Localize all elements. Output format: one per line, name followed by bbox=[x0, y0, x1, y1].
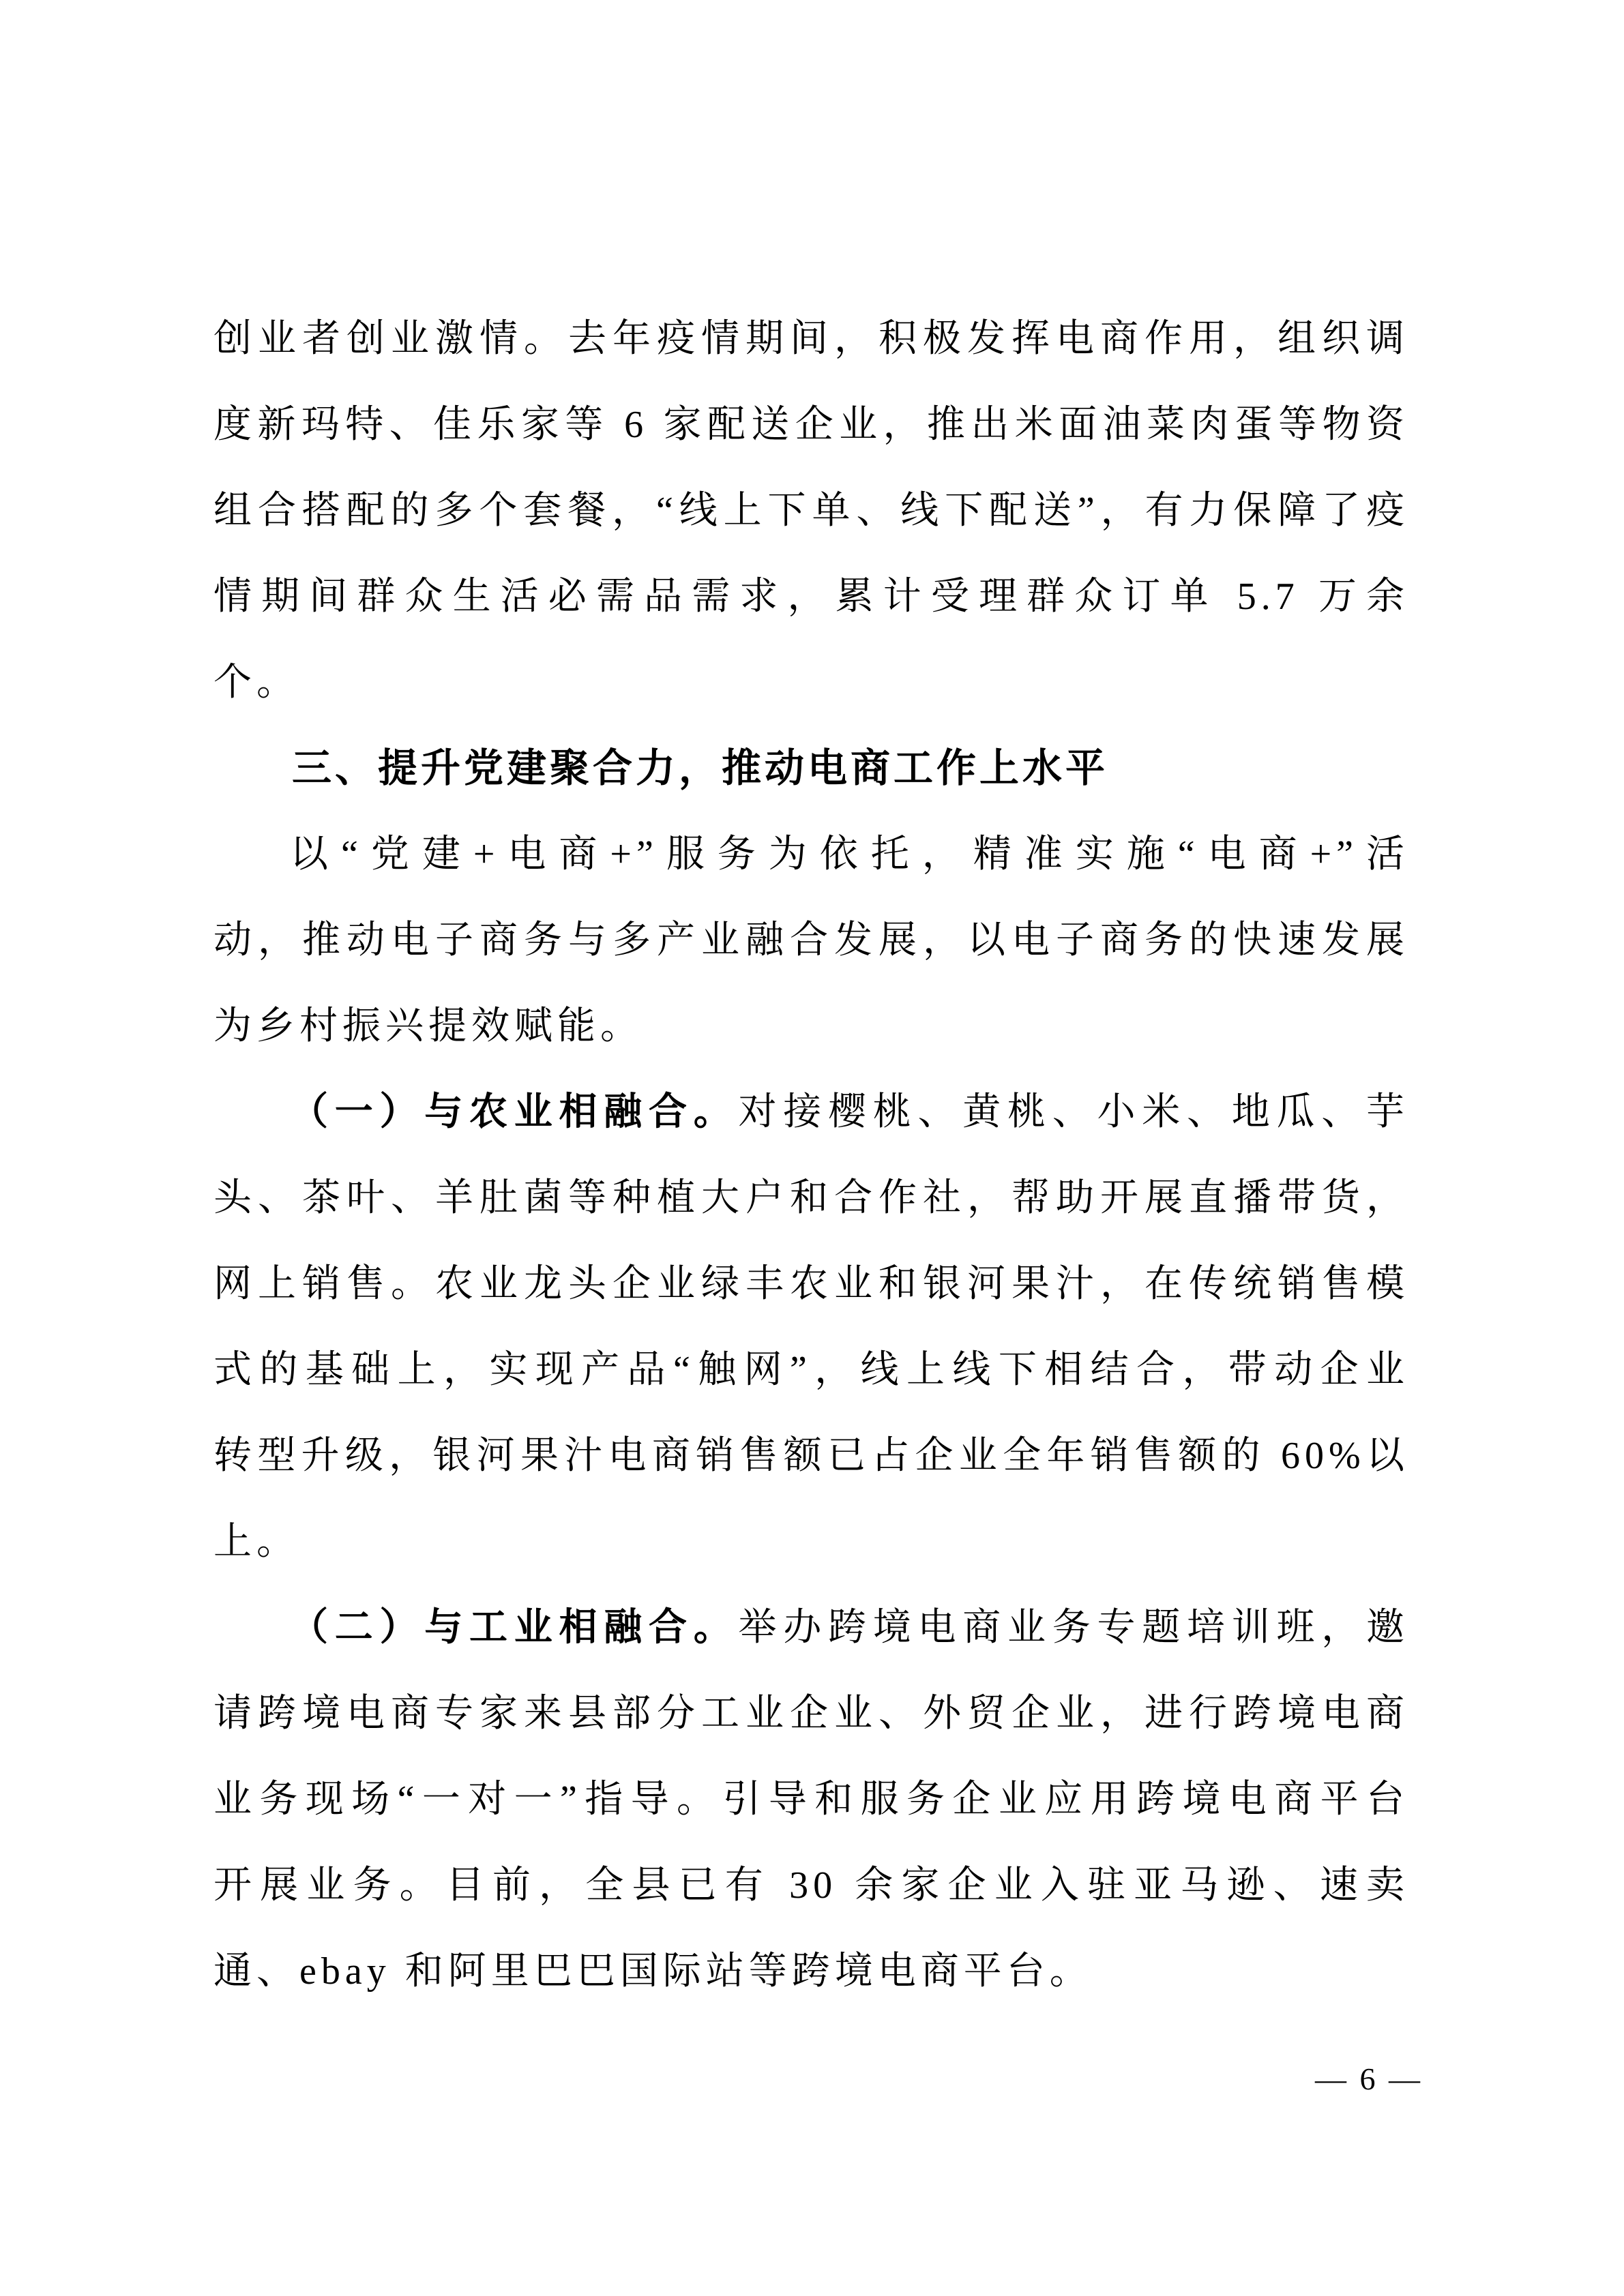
paragraph-continuation: 创业者创业激情。去年疫情期间，积极发挥电商作用，组织调 度新玛特、佳乐家等 6 … bbox=[213, 296, 1409, 726]
text-line: （一）与农业相融合。对接樱桃、黄桃、小米、地瓜、芋 bbox=[213, 1069, 1409, 1155]
text-line: 以“党建+电商+”服务为依托，精准实施“电商+”活 bbox=[213, 811, 1409, 897]
text-line: 头、茶叶、羊肚菌等种植大户和合作社，帮助开展直播带货， bbox=[213, 1155, 1409, 1241]
paragraph-lead: （一）与农业相融合。 bbox=[290, 1091, 739, 1133]
document-page: 创业者创业激情。去年疫情期间，积极发挥电商作用，组织调 度新玛特、佳乐家等 6 … bbox=[0, 0, 1624, 2296]
text-line: 个。 bbox=[213, 640, 1409, 726]
section-heading: 三、提升党建聚合力，推动电商工作上水平 bbox=[213, 726, 1409, 811]
text-line: 情期间群众生活必需品需求，累计受理群众订单 5.7 万余 bbox=[213, 554, 1409, 640]
text-line: 业务现场“一对一”指导。引导和服务企业应用跨境电商平台 bbox=[213, 1757, 1409, 1843]
text-line: 通、ebay 和阿里巴巴国际站等跨境电商平台。 bbox=[213, 1928, 1409, 2014]
text-line: （二）与工业相融合。举办跨境电商业务专题培训班，邀 bbox=[213, 1585, 1409, 1671]
text-line: 请跨境电商专家来县部分工业企业、外贸企业，进行跨境电商 bbox=[213, 1671, 1409, 1757]
lead-line-rest: 对接樱桃、黄桃、小米、地瓜、芋 bbox=[739, 1091, 1410, 1133]
text-line: 开展业务。目前，全县已有 30 余家企业入驻亚马逊、速卖 bbox=[213, 1843, 1409, 1928]
text-line: 度新玛特、佳乐家等 6 家配送企业，推出米面油菜肉蛋等物资 bbox=[213, 382, 1409, 468]
text-line: 动，推动电子商务与多产业融合发展，以电子商务的快速发展 bbox=[213, 897, 1409, 983]
paragraph-industry: （二）与工业相融合。举办跨境电商业务专题培训班，邀 请跨境电商专家来县部分工业企… bbox=[213, 1585, 1409, 2014]
text-line: 转型升级，银河果汁电商销售额已占企业全年销售额的 60%以 bbox=[213, 1413, 1409, 1499]
text-line: 网上销售。农业龙头企业绿丰农业和银河果汁，在传统销售模 bbox=[213, 1241, 1409, 1327]
text-line: 上。 bbox=[213, 1499, 1409, 1585]
text-block: 创业者创业激情。去年疫情期间，积极发挥电商作用，组织调 度新玛特、佳乐家等 6 … bbox=[213, 296, 1409, 2014]
text-line: 为乡村振兴提效赋能。 bbox=[213, 983, 1409, 1069]
text-line: 式的基础上，实现产品“触网”，线上线下相结合，带动企业 bbox=[213, 1327, 1409, 1413]
page-number: — 6 — bbox=[1315, 2061, 1423, 2097]
paragraph-intro: 以“党建+电商+”服务为依托，精准实施“电商+”活 动，推动电子商务与多产业融合… bbox=[213, 811, 1409, 1069]
paragraph-agriculture: （一）与农业相融合。对接樱桃、黄桃、小米、地瓜、芋 头、茶叶、羊肚菌等种植大户和… bbox=[213, 1069, 1409, 1585]
lead-line-rest: 举办跨境电商业务专题培训班，邀 bbox=[739, 1607, 1410, 1649]
text-line: 创业者创业激情。去年疫情期间，积极发挥电商作用，组织调 bbox=[213, 296, 1409, 382]
text-line: 组合搭配的多个套餐，“线上下单、线下配送”，有力保障了疫 bbox=[213, 468, 1409, 554]
paragraph-lead: （二）与工业相融合。 bbox=[290, 1607, 739, 1649]
